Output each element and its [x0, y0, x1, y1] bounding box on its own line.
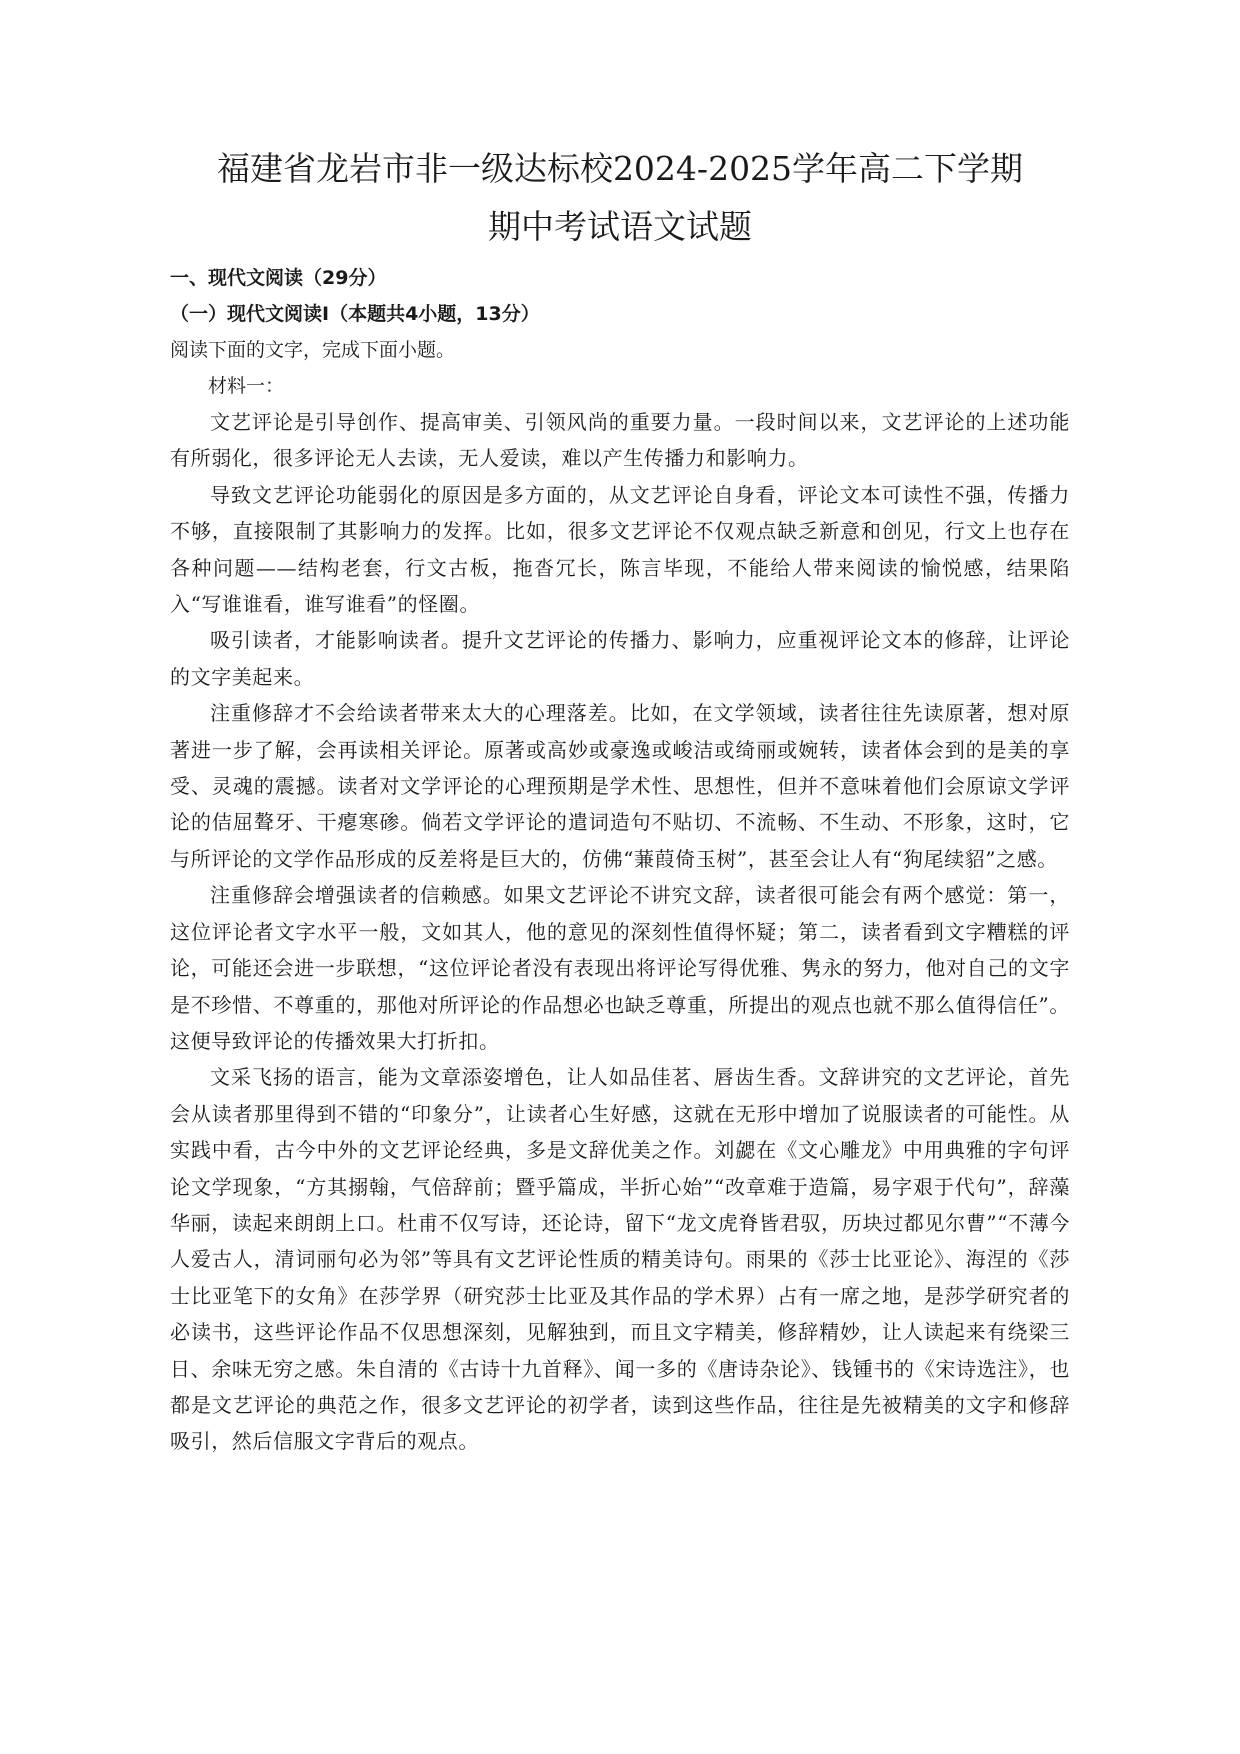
material-label: 材料一：: [170, 368, 1070, 404]
paragraph: 文采飞扬的语言，能为文章添姿增色，让人如品佳茗、唇齿生香。文辞讲究的文艺评论，首…: [170, 1059, 1070, 1459]
paragraph: 导致文艺评论功能弱化的原因是多方面的，从文艺评论自身看，评论文本可读性不强，传播…: [170, 477, 1070, 623]
paragraph: 注重修辞才不会给读者带来太大的心理落差。比如，在文学领域，读者往往先读原著，想对…: [170, 695, 1070, 877]
reading-instruction: 阅读下面的文字，完成下面小题。: [170, 332, 1070, 368]
paragraph: 吸引读者，才能影响读者。提升文艺评论的传播力、影响力，应重视评论文本的修辞，让评…: [170, 622, 1070, 695]
exam-page: 福建省龙岩市非一级达标校2024-2025学年高二下学期 期中考试语文试题 一、…: [170, 140, 1070, 1460]
paragraph: 注重修辞会增强读者的信赖感。如果文艺评论不讲究文辞，读者很可能会有两个感觉：第一…: [170, 877, 1070, 1059]
section-heading: 一、现代文阅读（29分）: [170, 260, 1070, 296]
exam-title-line2: 期中考试语文试题: [170, 198, 1070, 256]
exam-title-line1: 福建省龙岩市非一级达标校2024-2025学年高二下学期: [170, 140, 1070, 198]
sub-heading: （一）现代文阅读Ⅰ（本题共4小题，13分）: [170, 296, 1070, 332]
paragraph: 文艺评论是引导创作、提高审美、引领风尚的重要力量。一段时间以来，文艺评论的上述功…: [170, 404, 1070, 477]
